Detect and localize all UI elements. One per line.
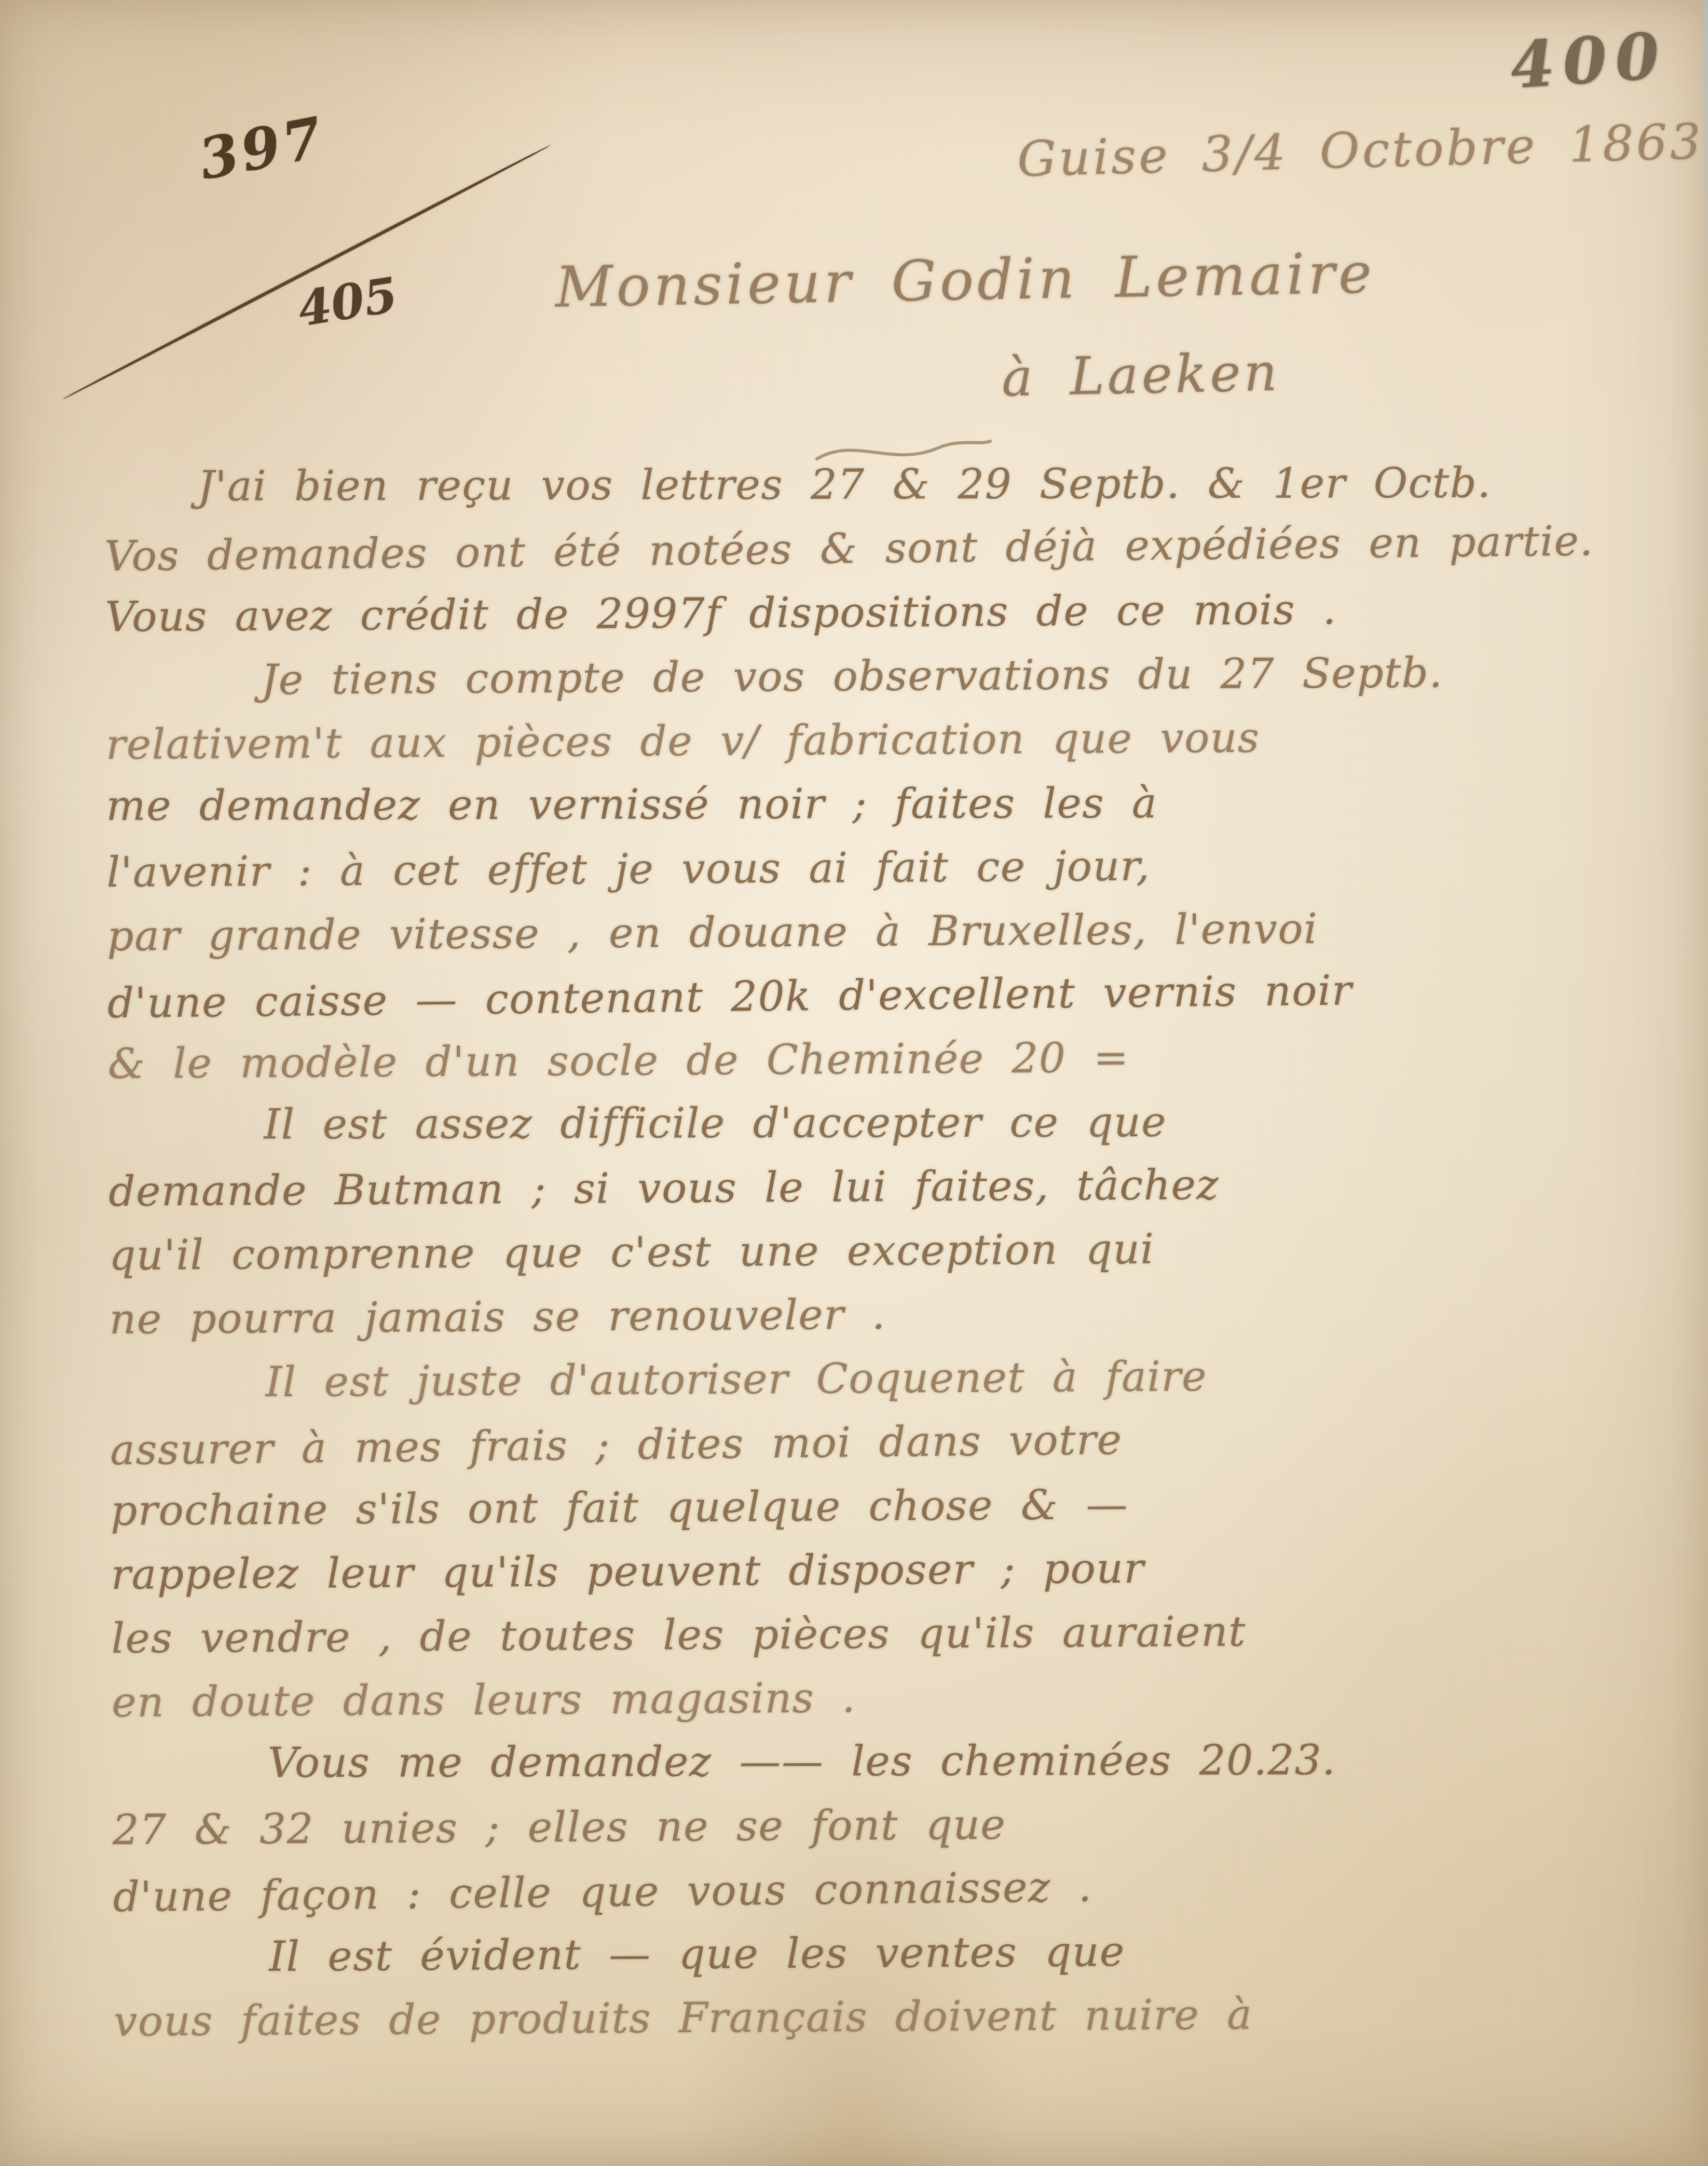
letter-line: rappelez leur qu'ils peuvent disposer ; … xyxy=(111,1533,1632,1606)
letter-line: me demandez en vernissé noir ; faites le… xyxy=(106,770,1628,838)
folio-number-top: 397 xyxy=(194,104,331,193)
letter-line: l'avenir : à cet effet je vous ai fait c… xyxy=(106,831,1628,904)
letter-line: & le modèle d'un socle de Cheminée 20 = xyxy=(107,1023,1629,1096)
letter-line: J'ai bien reçu vos lettres 27 & 29 Septb… xyxy=(198,451,1625,518)
archive-number-stamp: 400 xyxy=(1508,18,1670,103)
letter-line: Vous avez crédit de 2997f dispositions d… xyxy=(105,576,1627,649)
scan-edge-artifact xyxy=(1703,0,1708,291)
letter-line: d'une façon : celle que vous connaissez … xyxy=(113,1849,1634,1929)
letter-line: prochaine s'ils ont fait quelque chose &… xyxy=(111,1469,1632,1543)
letter-line: Vos demandes ont été notées & sont déjà … xyxy=(104,509,1626,589)
folio-annotation: 397 405 xyxy=(73,90,550,397)
letter-line: Il est évident — que les ventes que xyxy=(269,1916,1635,1988)
letter-page: 400 397 405 Guise 3/4 Octobre 1863 Monsi… xyxy=(0,0,1708,2166)
dateline: Guise 3/4 Octobre 1863 xyxy=(1017,114,1704,188)
letter-line: assurer à mes frais ; dites moi dans vot… xyxy=(110,1402,1632,1482)
letter-line: en doute dans leurs magasins . xyxy=(112,1661,1633,1734)
recipient-name: Monsieur Godin Lemaire xyxy=(555,241,1376,320)
letter-line: 27 & 32 unies ; elles ne se font que xyxy=(112,1789,1634,1862)
letter-line: les vendre , de toutes les pièces qu'ils… xyxy=(111,1597,1633,1670)
folio-slash-stroke xyxy=(62,143,552,401)
letter-line: qu'il comprenne que c'est une exception … xyxy=(109,1214,1631,1287)
recipient-city: à Laeken xyxy=(1001,342,1281,408)
letter-line: Vous me demandez —— les cheminées 20.23. xyxy=(268,1727,1633,1795)
letter-line: par grande vitesse , en douane à Bruxell… xyxy=(107,895,1629,968)
letter-body: J'ai bien reçu vos lettres 27 & 29 Septb… xyxy=(104,448,1635,2053)
letter-line: Je tiens compte de vos observations du 2… xyxy=(261,639,1627,712)
folio-number-bottom: 405 xyxy=(294,266,402,337)
letter-line: relativem't aux pièces de v/ fabrication… xyxy=(106,703,1628,777)
letter-line: Il est juste d'autoriser Coquenet à fair… xyxy=(265,1342,1631,1414)
letter-line: ne pourra jamais se renouveler . xyxy=(109,1278,1631,1351)
letter-line: vous faites de produits Français doivent… xyxy=(114,1980,1635,2053)
letter-line: demande Butman ; si vous le lui faites, … xyxy=(108,1150,1630,1223)
letter-line: Il est assez difficile d'accepter ce que xyxy=(264,1089,1629,1156)
letter-line: d'une caisse — contenant 20k d'excellent… xyxy=(107,956,1629,1036)
